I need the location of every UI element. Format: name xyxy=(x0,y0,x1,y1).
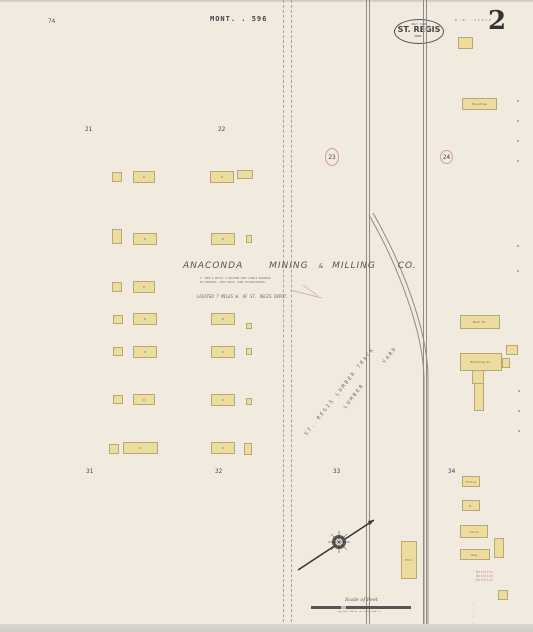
outbuilding xyxy=(244,443,252,455)
company-name-part: & xyxy=(319,263,325,270)
section-32: 32 xyxy=(215,468,222,475)
page-edge-bottom xyxy=(0,624,533,632)
boarding-house-large: Boarding Ho. xyxy=(460,353,502,371)
company-name: ANACONDA MINING & MILLING CO. xyxy=(183,261,417,271)
outbuilding xyxy=(246,348,252,355)
section-34: 34 xyxy=(448,468,455,475)
margin-mark xyxy=(517,270,519,272)
outbuilding xyxy=(246,235,252,243)
dwelling: D xyxy=(210,171,234,183)
dwelling: D xyxy=(133,346,157,358)
margin-mark xyxy=(517,100,519,102)
company-name-part: MINING xyxy=(269,261,309,271)
outbuilding xyxy=(494,538,504,558)
dwelling: D xyxy=(211,346,235,358)
section-33: 33 xyxy=(333,468,340,475)
building-label: Dwg. xyxy=(461,553,489,557)
dwelling: D xyxy=(211,233,235,245)
dwelling: D xyxy=(211,313,235,325)
dwelling: D xyxy=(133,233,157,245)
scale-title: Scale of Feet xyxy=(345,597,378,603)
margin-mark xyxy=(517,120,519,122)
company-note-2: NO HYDRANTS. FIRE PAILS. HAND EXTINGUISH… xyxy=(200,281,266,284)
outbuilding xyxy=(112,229,122,244)
office: Office xyxy=(462,476,480,487)
copyright: Copyright 1908 by the Sanborn Map Co. xyxy=(337,611,382,613)
outbuilding xyxy=(458,37,473,49)
store: Store xyxy=(460,525,488,538)
outbuilding xyxy=(237,170,253,179)
building-label: Bunk Ho. xyxy=(461,320,499,324)
company-name-part: MILLING xyxy=(332,261,376,271)
section-24-circled: 24 xyxy=(440,150,453,164)
margin-mark xyxy=(518,430,520,432)
dwelling: D. xyxy=(462,500,480,511)
dwelling: D xyxy=(133,313,157,325)
margin-mark xyxy=(517,245,519,247)
margin-mark xyxy=(517,140,519,142)
bunk-house: Bunk Ho. xyxy=(460,315,500,329)
boarding-house: Boarding xyxy=(462,98,497,110)
railroad-spur-curve xyxy=(0,0,533,632)
building-label: Office xyxy=(463,480,479,484)
building-label: Mill xyxy=(402,558,416,562)
outbuilding xyxy=(112,282,122,292)
building-annex xyxy=(502,358,510,368)
outbuilding xyxy=(113,347,123,356)
dwelling: D xyxy=(123,442,158,454)
dwelling: D xyxy=(133,281,155,293)
outbuilding xyxy=(113,395,123,404)
section-24-label: 24 xyxy=(443,154,450,161)
outbuilding xyxy=(246,323,252,329)
dwelling: D xyxy=(133,171,155,183)
outbuilding xyxy=(506,345,518,355)
dwelling: D xyxy=(211,442,235,454)
compass-rose-icon xyxy=(296,515,376,575)
scale-bar xyxy=(311,606,411,609)
margin-mark xyxy=(518,390,520,392)
pink-notation: NotationNotationNotation xyxy=(476,570,493,582)
fire-insurance-map-sheet: 74 MONT. . 596 JULY 1908 ST. REGIS MONT.… xyxy=(0,0,533,632)
dwelling: D xyxy=(211,394,235,406)
section-31: 31 xyxy=(86,468,93,475)
dwelling: Dwg. xyxy=(460,549,490,560)
mill-building: Mill xyxy=(401,541,417,579)
section-23-circled: 23 xyxy=(325,148,339,166)
building-label: Boarding Ho. xyxy=(461,360,501,364)
building-label: Boarding xyxy=(463,102,496,106)
company-note-1: F. SHED & WATCH. & MACHINE SHOP LIGHTS D… xyxy=(200,277,271,280)
building-label: Store xyxy=(461,530,487,534)
building-label: D. xyxy=(463,504,479,508)
dwelling: D xyxy=(133,394,155,405)
outbuilding xyxy=(112,172,122,182)
outbuilding xyxy=(246,398,252,405)
company-name-part: ANACONDA xyxy=(183,261,243,271)
outbuilding xyxy=(113,315,123,324)
company-name-part: CO. xyxy=(398,261,417,271)
section-21: 21 xyxy=(85,126,92,133)
outbuilding xyxy=(109,444,119,454)
building-wing xyxy=(474,383,484,411)
outbuilding xyxy=(498,590,508,600)
building-wing xyxy=(472,370,484,384)
section-23-label: 23 xyxy=(328,154,335,161)
margin-mark xyxy=(518,410,520,412)
company-location: LOCATED 7 MILES W. OF ST. REGIS DEPOT. xyxy=(197,294,289,299)
section-22: 22 xyxy=(218,126,225,133)
margin-mark xyxy=(517,160,519,162)
